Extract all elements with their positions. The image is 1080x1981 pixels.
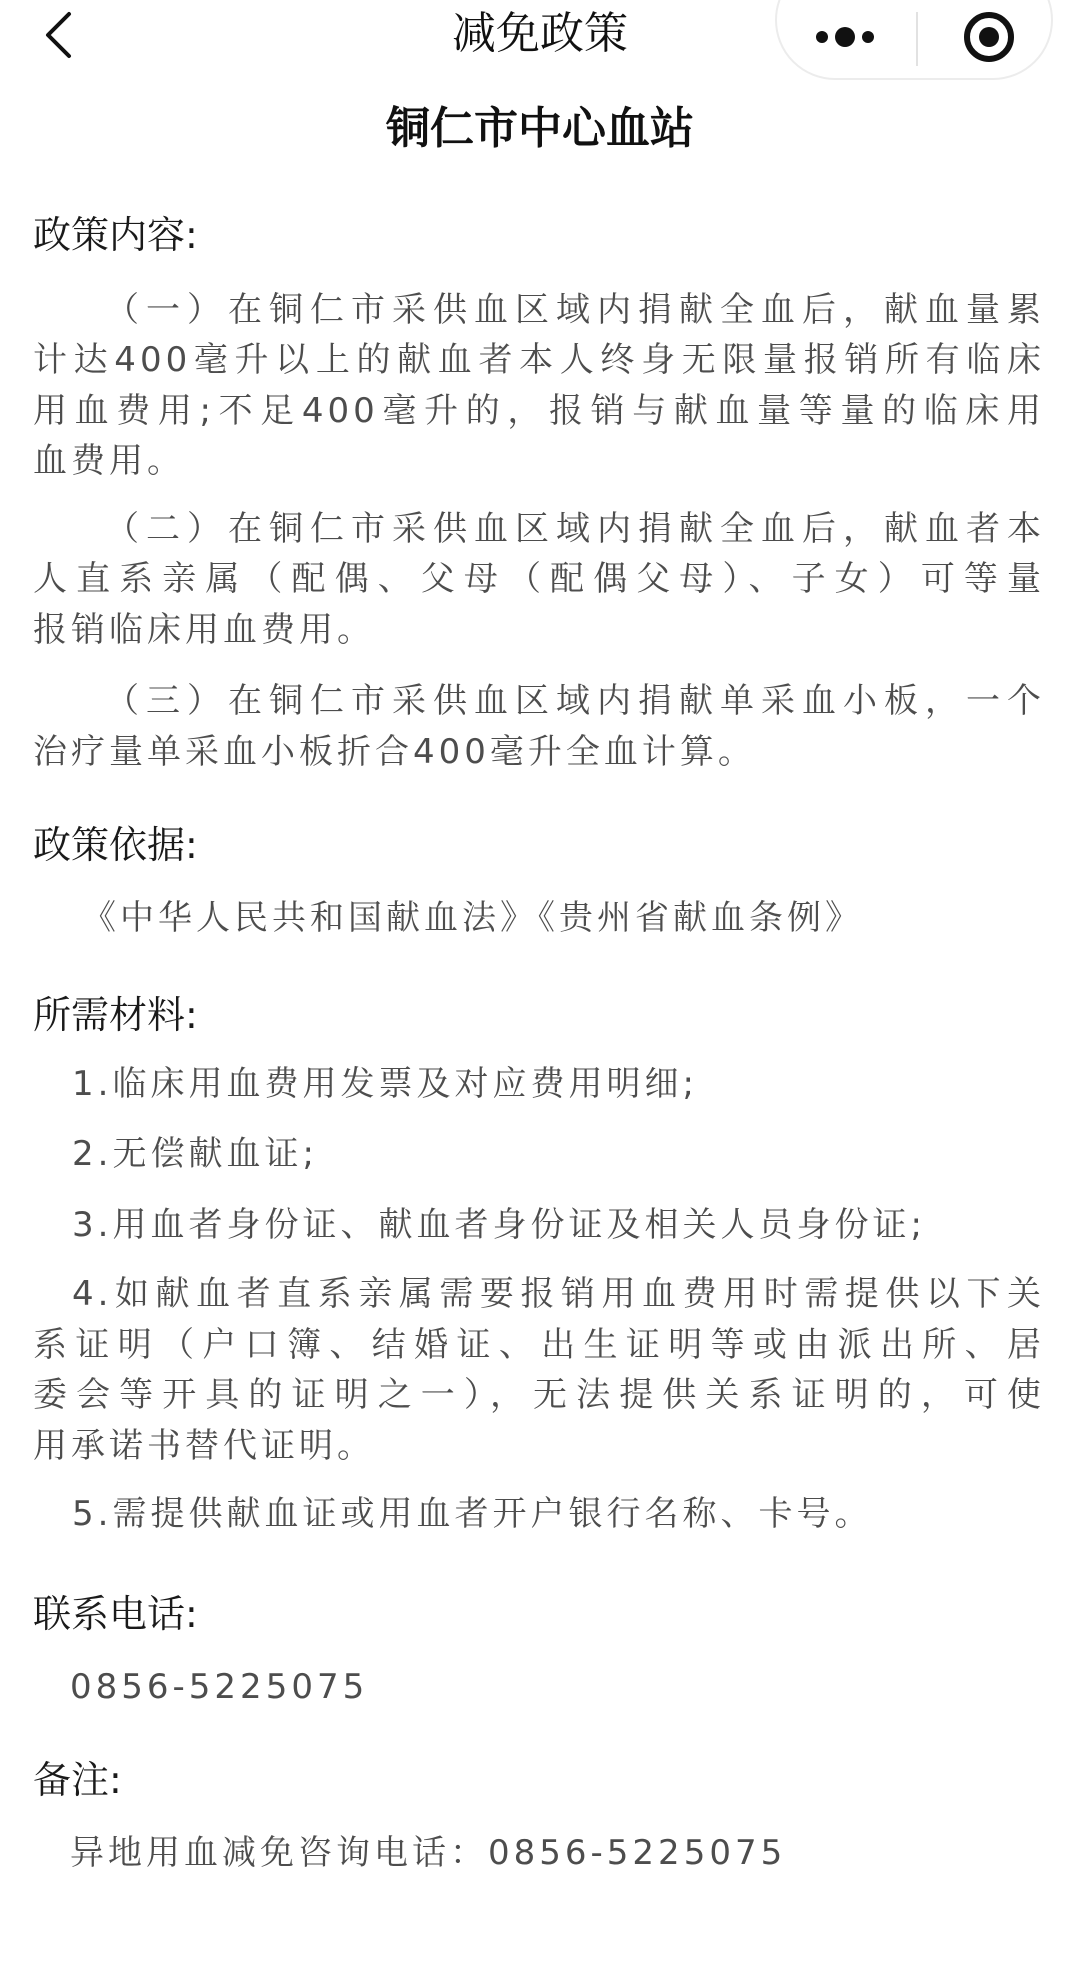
contact-phone[interactable]: 0856-5225075: [70, 1662, 1080, 1712]
more-button[interactable]: [777, 2, 916, 82]
section-heading-policy-content: 政策内容:: [33, 210, 1045, 260]
material-item-3: 3.用血者身份证、献血者身份证及相关人员身份证;: [72, 1200, 1080, 1250]
material-item-4-line: 用承诺书替代证明。: [33, 1421, 1045, 1471]
material-item-1: 1.临床用血费用发票及对应费用明细;: [72, 1059, 1080, 1109]
policy-paragraph-2-line: 报销临床用血费用。: [33, 605, 1045, 655]
policy-paragraph-2-line: 人直系亲属（配偶、父母（配偶父母）、子女）可等量: [33, 554, 1045, 604]
policy-paragraph-1-line: 血费用。: [33, 436, 1045, 486]
material-item-4-line: 委会等开具的证明之一），无法提供关系证明的，可使: [33, 1370, 1045, 1420]
mini-program-capsule: [775, 0, 1053, 80]
policy-paragraph-1-line: 用血费用;不足400毫升的，报销与献血量等量的临床用: [33, 386, 1045, 436]
section-heading-remarks: 备注:: [33, 1755, 1045, 1805]
navigation-bar: 减免政策: [0, 0, 1080, 80]
target-circle-icon: [918, 2, 1053, 72]
section-heading-contact: 联系电话:: [33, 1589, 1045, 1639]
policy-paragraph-1-line: 计达400毫升以上的献血者本人终身无限量报销所有临床: [33, 335, 1045, 385]
policy-paragraph-3-line: （三）在铜仁市采供血区域内捐献单采血小板，一个: [105, 676, 1045, 726]
policy-paragraph-1-line: （一）在铜仁市采供血区域内捐献全血后，献血量累: [105, 285, 1045, 335]
material-item-5: 5.需提供献血证或用血者开户银行名称、卡号。: [72, 1489, 1080, 1539]
material-item-2: 2.无偿献血证;: [72, 1129, 1080, 1179]
remarks-text: 异地用血减免咨询电话：0856-5225075: [70, 1828, 1080, 1878]
page-title: 铜仁市中心血站: [0, 101, 1080, 157]
material-item-4-line: 系证明（户口簿、结婚证、出生证明等或由派出所、居: [33, 1320, 1045, 1370]
section-heading-policy-basis: 政策依据:: [33, 820, 1045, 870]
policy-paragraph-3-line: 治疗量单采血小板折合400毫升全血计算。: [33, 727, 1045, 777]
close-button[interactable]: [918, 2, 1053, 82]
section-heading-required-materials: 所需材料:: [33, 990, 1045, 1040]
material-item-4-line: 4.如献血者直系亲属需要报销用血费用时需提供以下关: [72, 1269, 1045, 1319]
policy-basis-text: 《中华人民共和国献血法》《贵州省献血条例》: [82, 893, 1080, 943]
more-dots-icon: [777, 2, 916, 72]
policy-paragraph-2-line: （二）在铜仁市采供血区域内捐献全血后，献血者本: [105, 504, 1045, 554]
